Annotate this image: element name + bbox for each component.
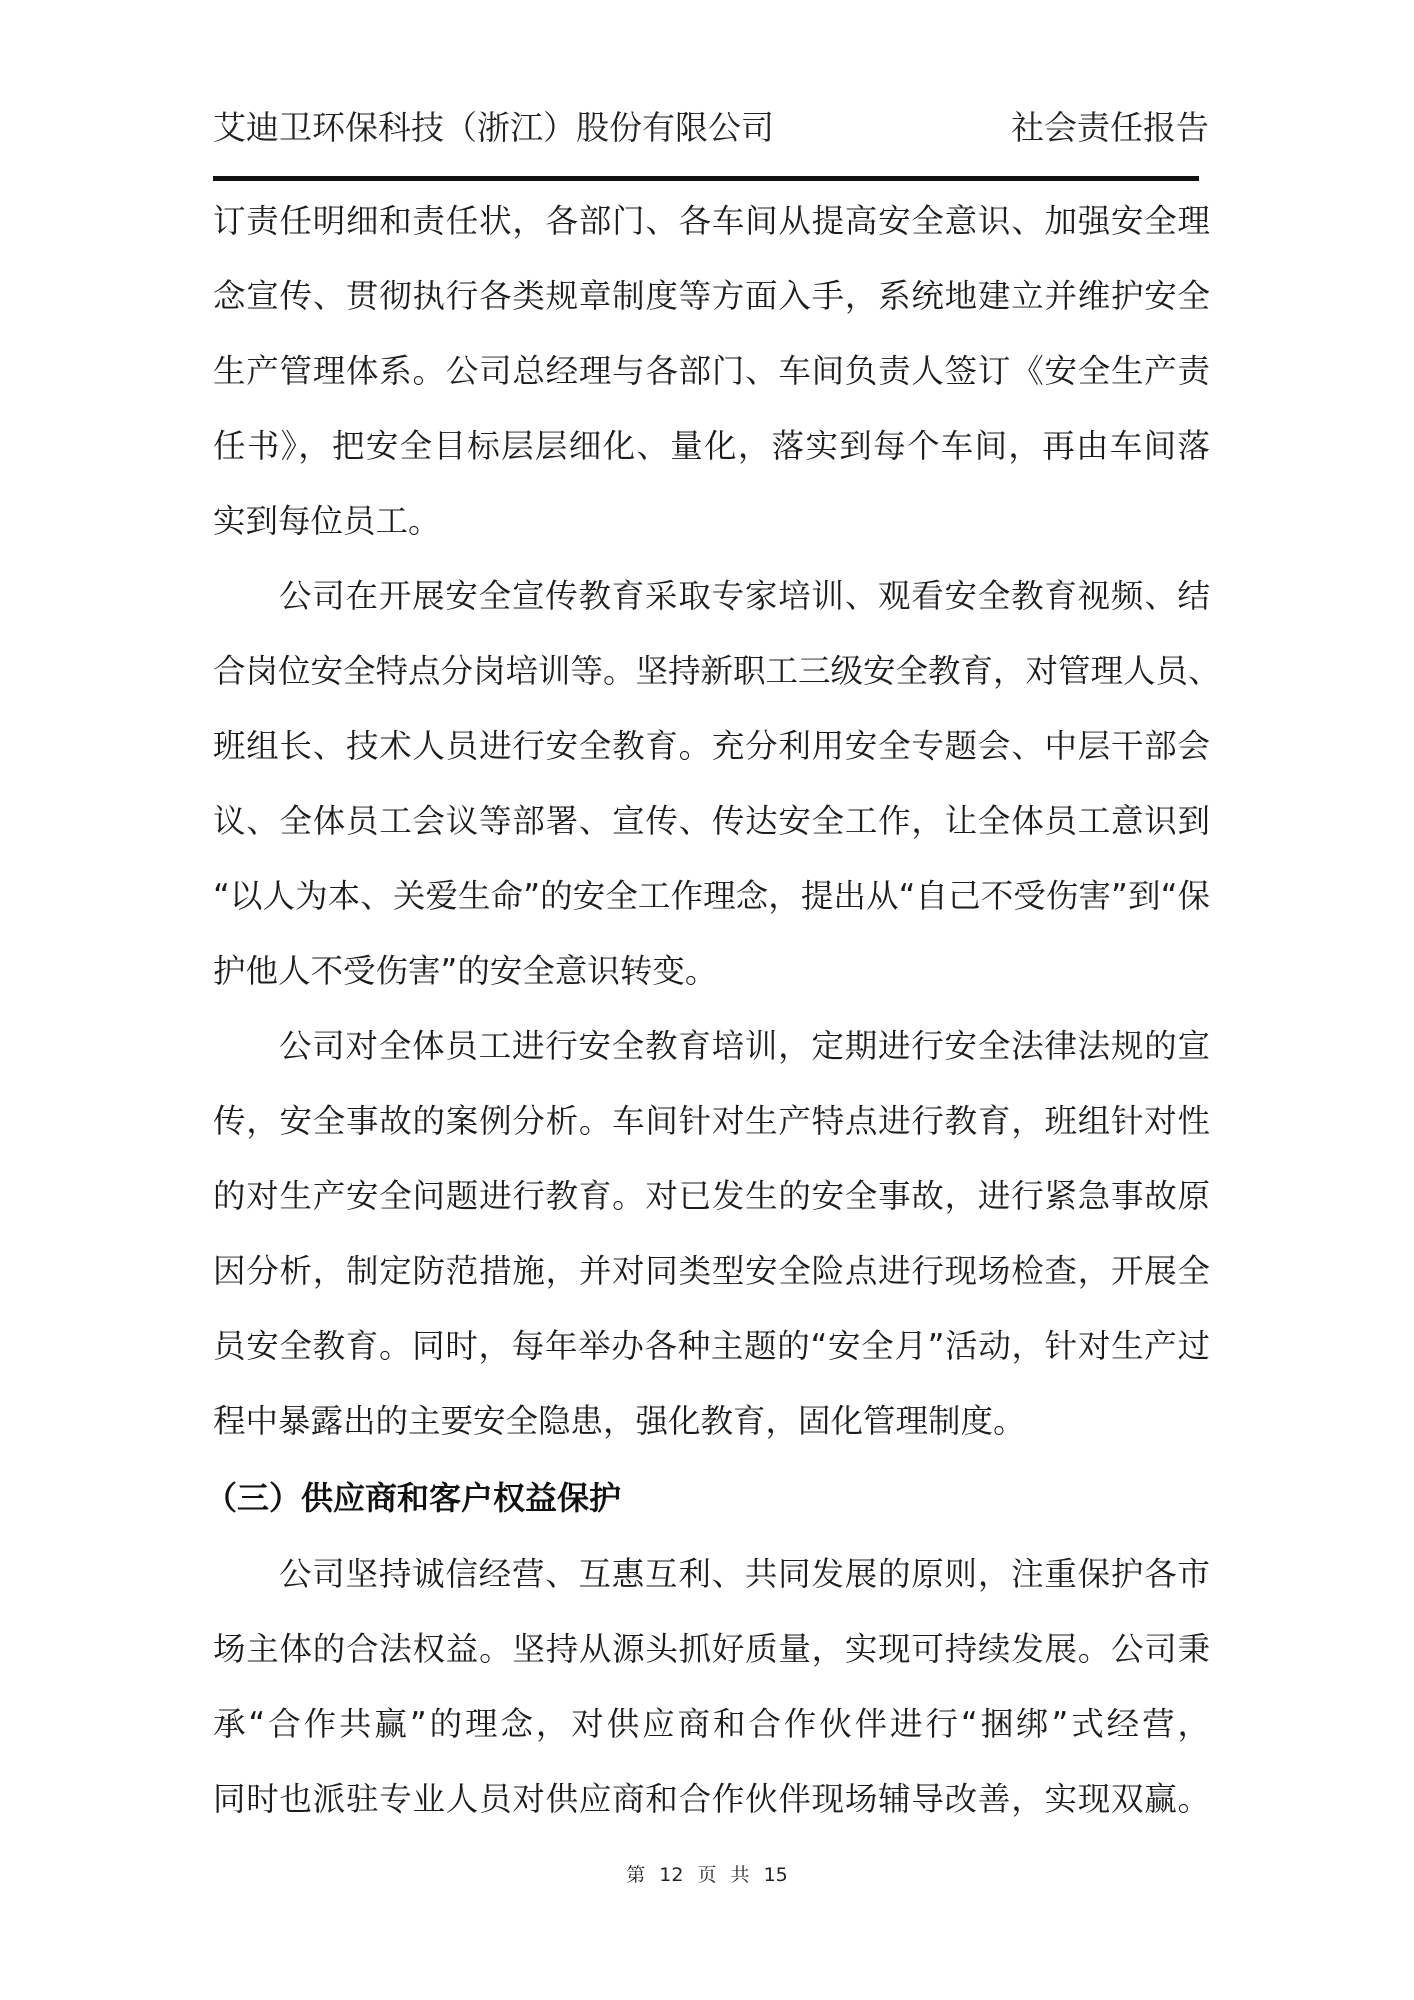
- text-line: 班组长、技术人员进行安全教育。充分利用安全专题会、中层干部会: [213, 709, 1210, 784]
- text-line: 公司在开展安全宣传教育采取专家培训、观看安全教育视频、结: [213, 559, 1210, 634]
- section-paragraph: 公司坚持诚信经营、互惠互利、共同发展的原则，注重保护各市 场主体的合法权益。坚持…: [213, 1537, 1210, 1837]
- paragraph-3: 公司对全体员工进行安全教育培训，定期进行安全法律法规的宣 传，安全事故的案例分析…: [213, 1009, 1210, 1459]
- text-line: 生产管理体系。公司总经理与各部门、车间负责人签订《安全生产责: [213, 334, 1210, 409]
- company-name: 艾迪卫环保科技（浙江）股份有限公司: [213, 102, 774, 149]
- page-number: 第 12 页 共 15: [0, 1860, 1414, 1887]
- text-line: 实到每位员工。: [213, 484, 1210, 559]
- body-text: 订责任明细和责任状，各部门、各车间从提高安全意识、加强安全理 念宣传、贯彻执行各…: [213, 184, 1210, 1837]
- text-line: 程中暴露出的主要安全隐患，强化教育，固化管理制度。: [213, 1384, 1210, 1459]
- text-line: “以人为本、关爱生命”的安全工作理念，提出从“自己不受伤害”到“保: [213, 859, 1210, 934]
- text-line: 同时也派驻专业人员对供应商和合作伙伴现场辅导改善，实现双赢。: [213, 1762, 1210, 1837]
- text-line: 场主体的合法权益。坚持从源头抓好质量，实现可持续发展。公司秉: [213, 1612, 1210, 1687]
- text-line: 公司坚持诚信经营、互惠互利、共同发展的原则，注重保护各市: [213, 1537, 1210, 1612]
- text-line: 护他人不受伤害”的安全意识转变。: [213, 934, 1210, 1009]
- text-line: 议、全体员工会议等部署、宣传、传达安全工作，让全体员工意识到: [213, 784, 1210, 859]
- text-line: 合岗位安全特点分岗培训等。坚持新职工三级安全教育，对管理人员、: [213, 634, 1210, 709]
- text-line: 任书》，把安全目标层层细化、量化，落实到每个车间，再由车间落: [213, 409, 1210, 484]
- text-line: 员安全教育。同时，每年举办各种主题的“安全月”活动，针对生产过: [213, 1309, 1210, 1384]
- text-line: 的对生产安全问题进行教育。对已发生的安全事故，进行紧急事故原: [213, 1159, 1210, 1234]
- text-line: 订责任明细和责任状，各部门、各车间从提高安全意识、加强安全理: [213, 184, 1210, 259]
- document-page: 艾迪卫环保科技（浙江）股份有限公司 社会责任报告 订责任明细和责任状，各部门、各…: [0, 0, 1414, 2000]
- report-title: 社会责任报告: [1011, 102, 1209, 149]
- text-line: 念宣传、贯彻执行各类规章制度等方面入手，系统地建立并维护安全: [213, 259, 1210, 334]
- page-header: 艾迪卫环保科技（浙江）股份有限公司 社会责任报告: [213, 100, 1209, 150]
- header-divider: [213, 176, 1199, 181]
- paragraph-1: 订责任明细和责任状，各部门、各车间从提高安全意识、加强安全理 念宣传、贯彻执行各…: [213, 184, 1210, 559]
- text-line: 传，安全事故的案例分析。车间针对生产特点进行教育，班组针对性: [213, 1084, 1210, 1159]
- text-line: 因分析，制定防范措施，并对同类型安全险点进行现场检查，开展全: [213, 1234, 1210, 1309]
- section-heading: （三）供应商和客户权益保护: [205, 1459, 1210, 1537]
- text-line: 公司对全体员工进行安全教育培训，定期进行安全法律法规的宣: [213, 1009, 1210, 1084]
- text-line: 承“合作共赢”的理念，对供应商和合作伙伴进行“捆绑”式经营，: [213, 1687, 1210, 1762]
- paragraph-2: 公司在开展安全宣传教育采取专家培训、观看安全教育视频、结 合岗位安全特点分岗培训…: [213, 559, 1210, 1009]
